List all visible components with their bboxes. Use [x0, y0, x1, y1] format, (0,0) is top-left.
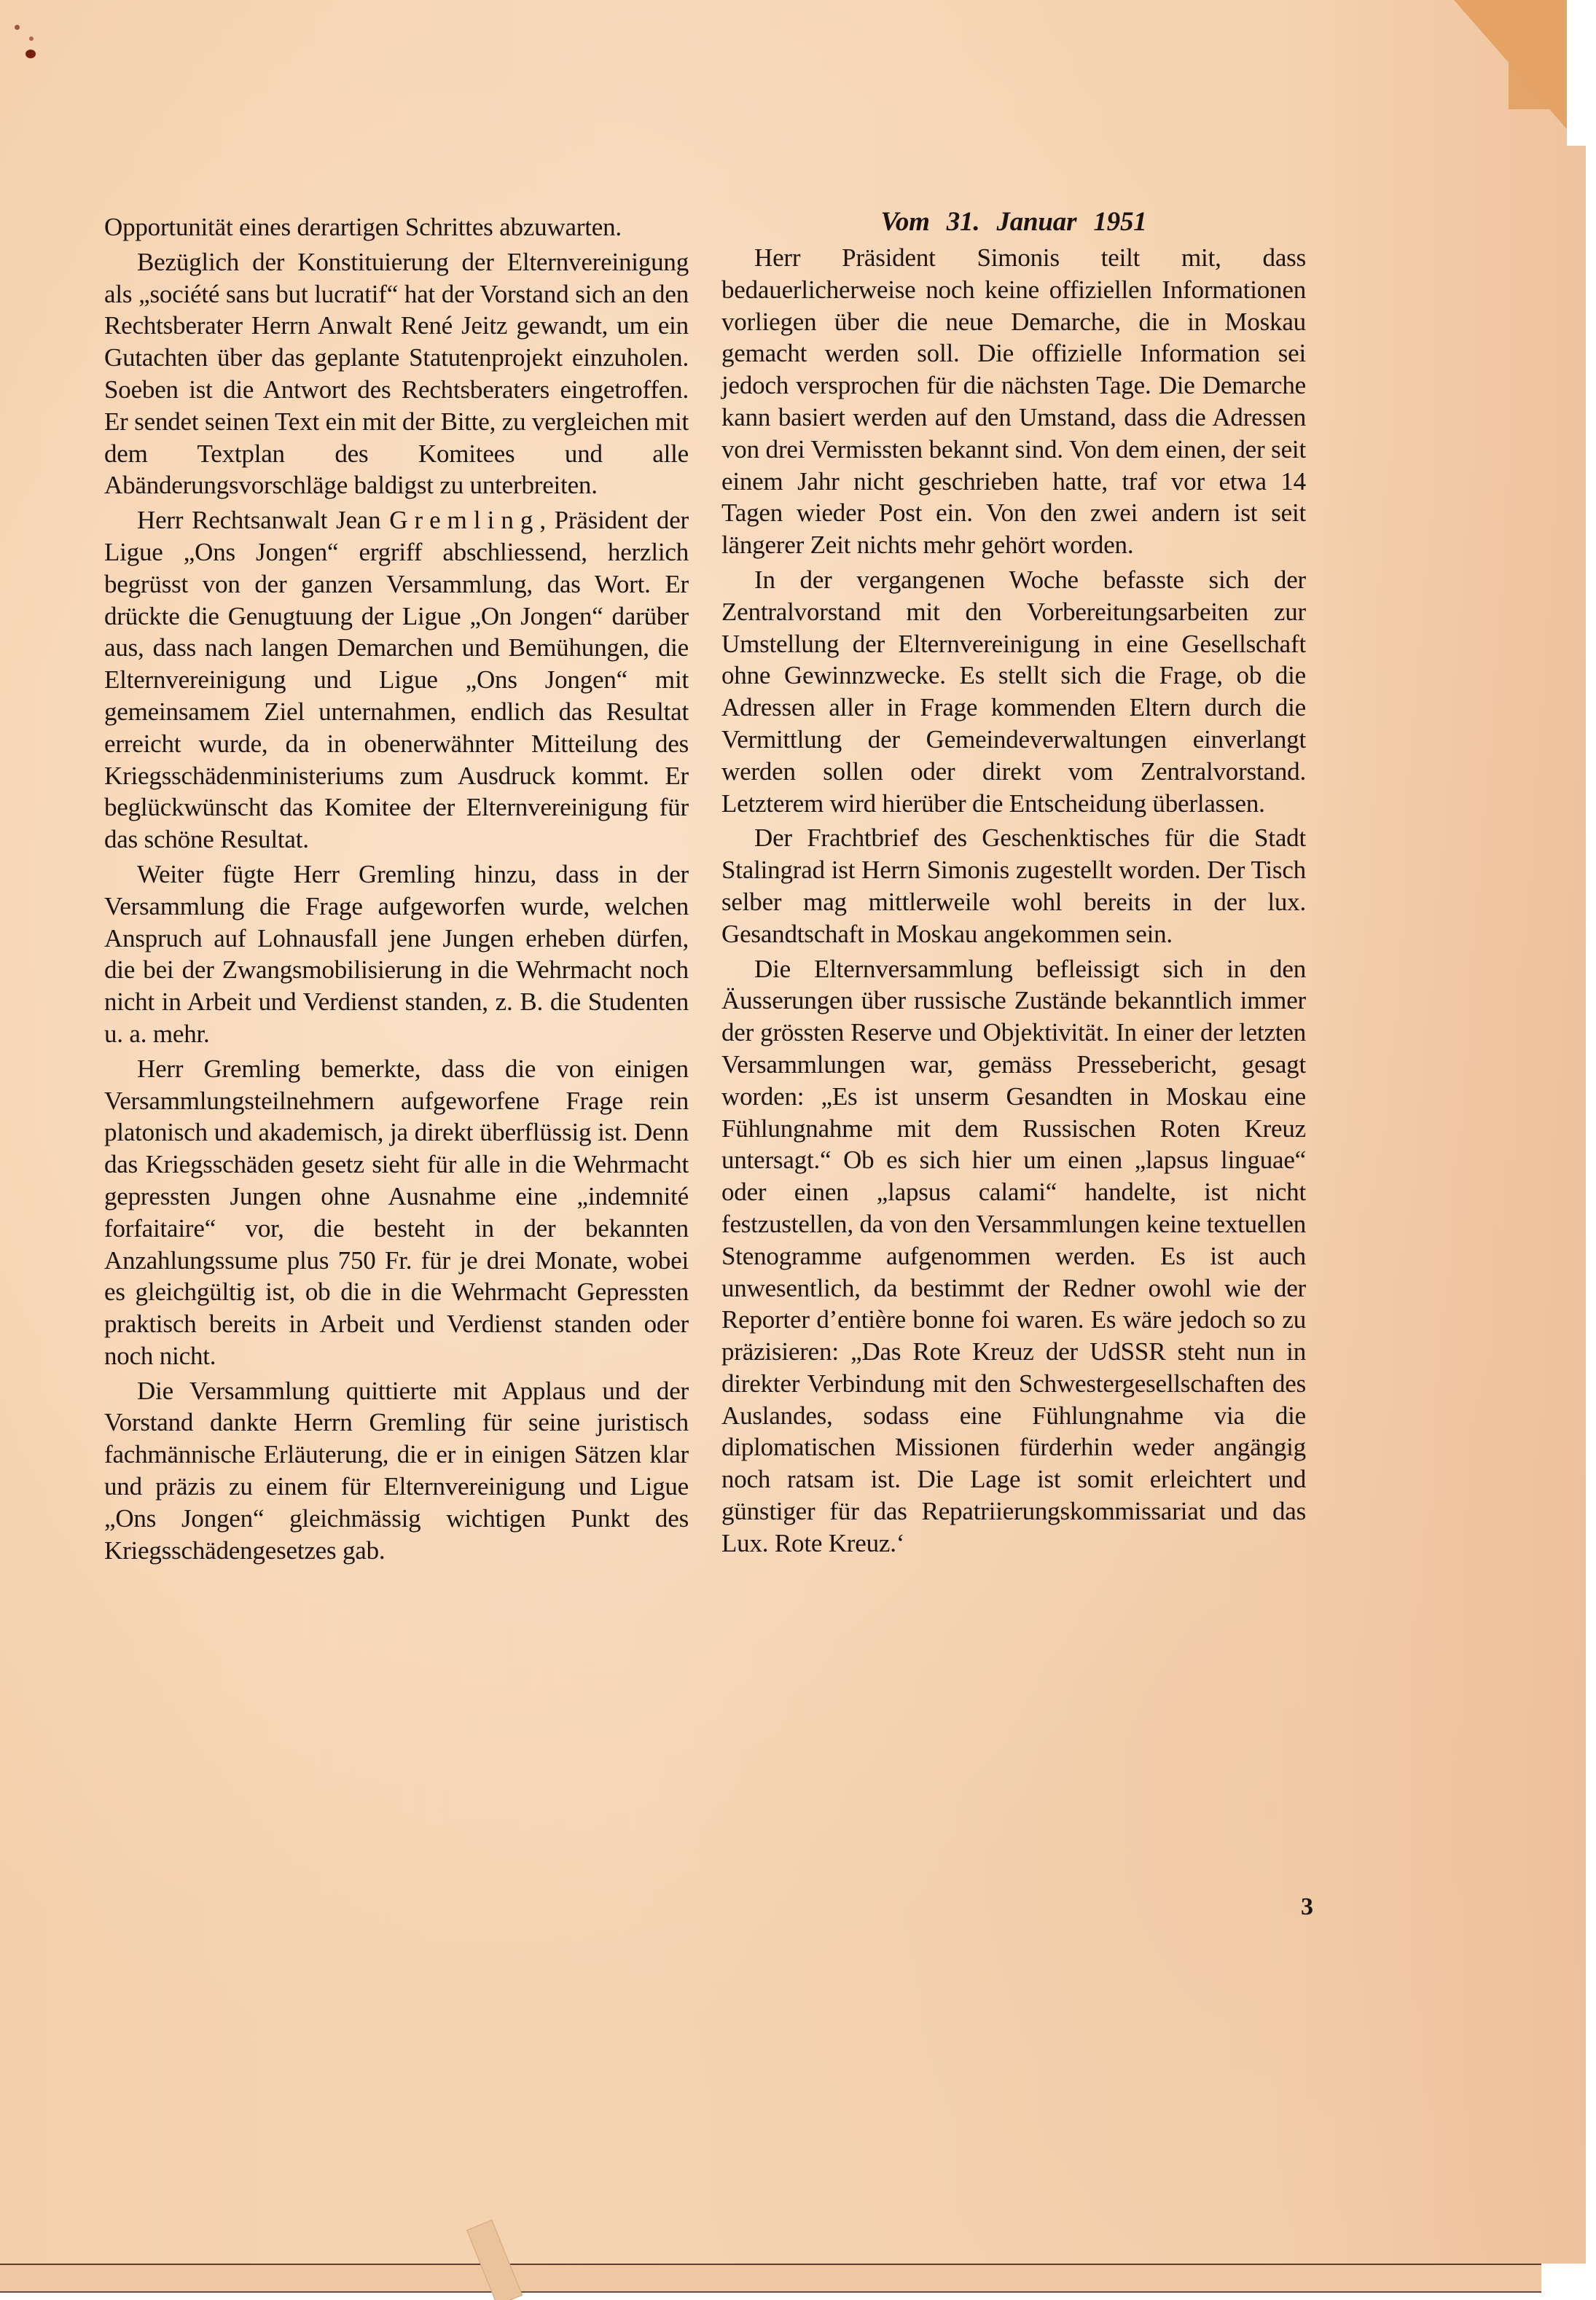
- paragraph: Weiter fügte Herr Gremling hinzu, dass i…: [104, 858, 689, 1050]
- paragraph: Die Versammlung quittierte mit Applaus u…: [104, 1375, 689, 1567]
- page-number: 3: [1301, 1893, 1313, 1921]
- paper-edge-underlay: [0, 2264, 1541, 2293]
- ink-stain: [15, 25, 20, 30]
- paragraph: Herr Rechtsanwalt Jean Gremling, Präside…: [104, 504, 689, 856]
- paragraph-text: Herr Rechtsanwalt Jean: [137, 506, 389, 534]
- section-date-heading: Vom 31. Januar 1951: [721, 204, 1306, 240]
- paragraph: In der vergangenen Woche befasste sich d…: [721, 564, 1306, 819]
- paragraph: Herr Gremling bemerkte, dass die von ein…: [104, 1053, 689, 1372]
- folded-corner: [1454, 0, 1581, 146]
- paragraph: Bezüglich der Konstituierung der Elternv…: [104, 246, 689, 501]
- right-column: Vom 31. Januar 1951 Herr Präsident Simon…: [721, 204, 1306, 1562]
- paragraph-text: , Präsident der Ligue „Ons Jongen“ ergri…: [104, 506, 689, 853]
- ink-stain: [29, 36, 34, 41]
- left-column: Opportunität eines derartigen Schrittes …: [104, 211, 689, 1569]
- paragraph: Opportunität eines derartigen Schrittes …: [104, 211, 689, 243]
- corner-cutout: [1567, 0, 1596, 146]
- paragraph: Die Elternversammlung befleissigt sich i…: [721, 953, 1306, 1560]
- ink-stain: [26, 50, 36, 58]
- paragraph: Herr Präsident Simonis teilt mit, dass b…: [721, 242, 1306, 561]
- paragraph: Der Frachtbrief des Geschenktisches für …: [721, 822, 1306, 950]
- spaced-name: Gremling: [389, 506, 539, 534]
